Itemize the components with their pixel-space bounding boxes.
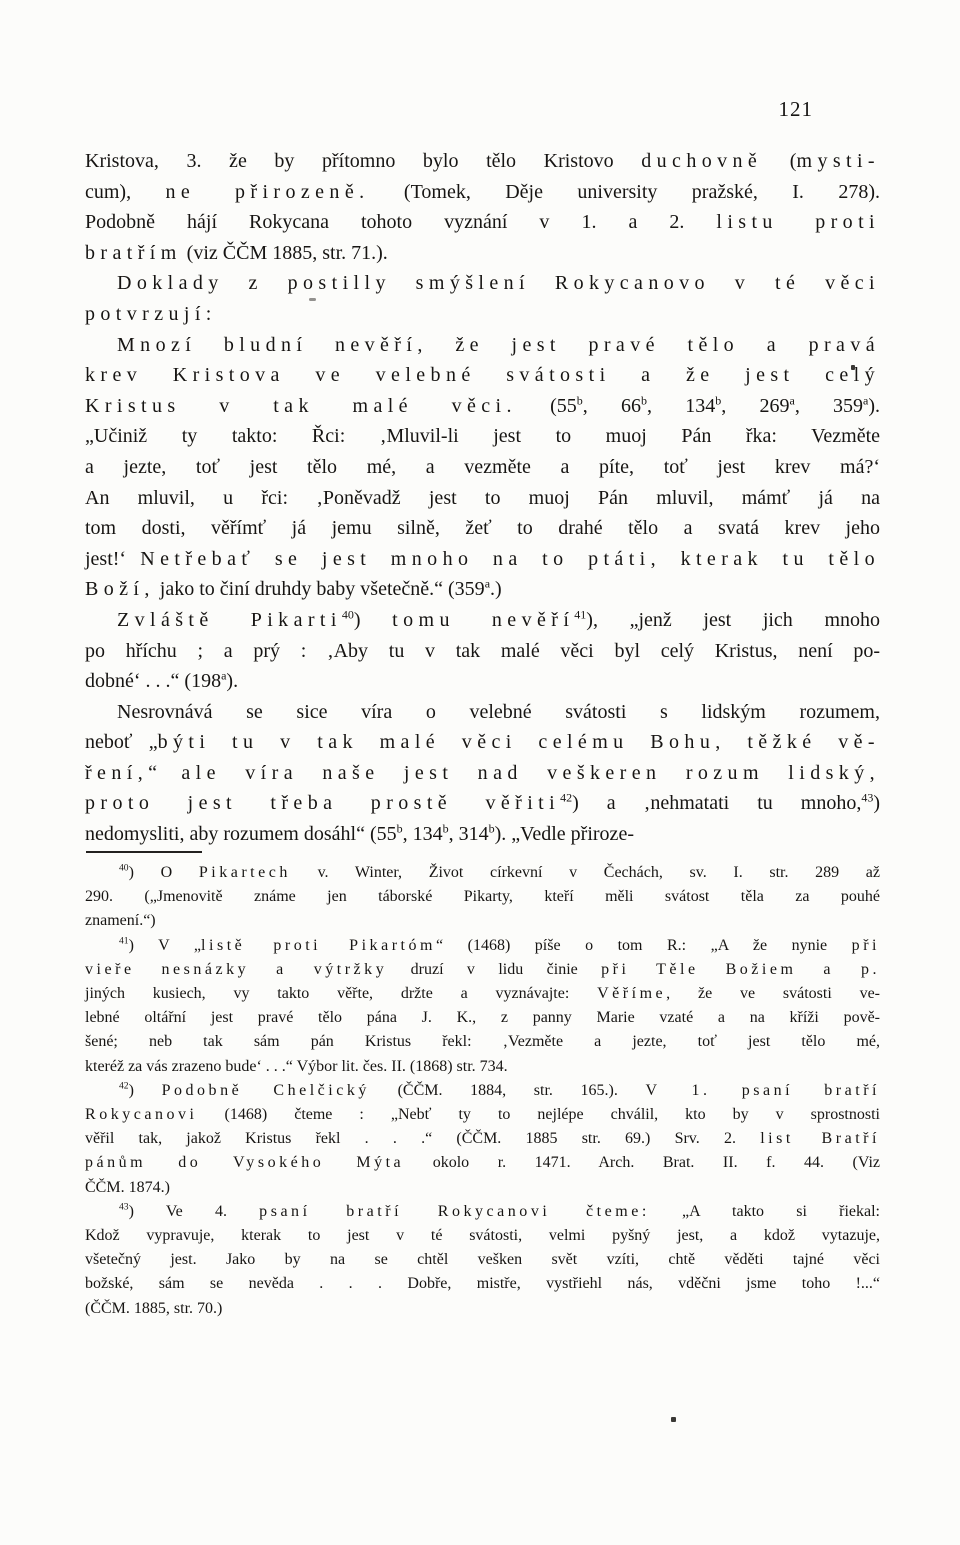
text-segment: ). xyxy=(226,670,238,692)
superscript-reference: 41 xyxy=(119,935,129,946)
text-segment: okolo r. 1471. Arch. Brat. II. f. 44. (V… xyxy=(404,1154,880,1171)
footnote-line: (ČČM. 1885, str. 70.) xyxy=(85,1297,880,1321)
body-line: bratřím (viz ČČM 1885, str. 71.). xyxy=(85,238,880,269)
text-segment: Věříme xyxy=(597,985,666,1002)
footnote-line: jiných kusiech, vy takto věřte, držte a … xyxy=(85,982,880,1006)
footnote-line: božské, sám se nevěda . . . Dobře, mistř… xyxy=(85,1272,880,1296)
paragraph: Kristova, 3. že by přítomno bylo tělo Kr… xyxy=(85,146,880,268)
text-segment: neboť „ xyxy=(85,731,158,753)
ink-speck xyxy=(851,365,855,370)
body-line: tom dosti, věřímť já jemu silně, žeť to … xyxy=(85,513,880,544)
paragraph: Mnozí bludní nevěří, že jest pravé tělo … xyxy=(85,330,880,605)
text-segment: ne přirozeně. xyxy=(166,181,370,203)
body-line: jest!‘ Netřebať se jest mnoho na to ptát… xyxy=(85,544,880,575)
text-segment: Zvláště Pikarti xyxy=(117,609,342,631)
text-segment: ) xyxy=(873,792,880,814)
paragraph: Doklady z postilly smýšlení Rokycanovo v… xyxy=(85,268,880,329)
text-segment: jiných kusiech, vy takto věřte, držte a … xyxy=(85,985,597,1002)
book-page: 121 Kristova, 3. že by přítomno bylo těl… xyxy=(0,0,960,1545)
text-segment: věřil tak, jakož Kristus řekl . . .“ (ČČ… xyxy=(85,1130,760,1147)
text-segment: ) Ve 4. xyxy=(129,1203,260,1220)
text-segment: Podobně Chelčický xyxy=(162,1082,370,1099)
footnote-line: 290. („Jmenovitě známe jen táborské Pika… xyxy=(85,885,880,909)
text-segment: Kristus v tak malé věci. xyxy=(85,395,517,417)
footnote-line: vieře nesnázky a výtržky druzí v lidu či… xyxy=(85,958,880,982)
body-line: Kristus v tak malé věci. (55b, 66b, 134b… xyxy=(85,391,880,422)
text-segment: krev Kristova ve velebné svátosti a že j… xyxy=(85,364,880,386)
text-segment: šené; neb tak sám pán Kristus řekl: ‚Vez… xyxy=(85,1033,880,1050)
body-line: nedomysliti, aby rozumem dosáhl“ (55b, 1… xyxy=(85,819,880,850)
text-segment: při xyxy=(852,937,880,954)
text-segment: tomu nevěří xyxy=(392,609,574,631)
text-segment: po hříchu ; a prý : ‚Aby tu v tak malé v… xyxy=(85,640,880,662)
body-line: dobné‘ . . .“ (198a). xyxy=(85,666,880,697)
text-segment: 290. („Jmenovitě známe jen táborské Pika… xyxy=(85,888,880,905)
body-line: Podobně hájí Rokycana tohoto vyznání v 1… xyxy=(85,207,880,238)
paragraph: 42) Podobně Chelčický (ČČM. 1884, str. 1… xyxy=(85,1079,880,1200)
text-segment: ), „jenž jest jich mnoho xyxy=(586,609,880,631)
body-line: cum), ne přirozeně. (Tomek, Děje univers… xyxy=(85,177,880,208)
body-line: a jezte, toť jest tělo mé, a vezměte a p… xyxy=(85,452,880,483)
text-segment: psaní bratří Rokycanovi čteme: xyxy=(259,1203,650,1220)
text-segment: ). „Vedle přiroze- xyxy=(495,823,634,845)
footnote-line: všetečný jest. Jako by na se chtěl veške… xyxy=(85,1248,880,1272)
body-line: An mluvil, u řci: ‚Poněvadž jest to muoj… xyxy=(85,483,880,514)
body-line: ření,“ ale víra naše jest nad veškeren r… xyxy=(85,758,880,789)
footnotes-block: 40) O Pikartech v. Winter, Život církevn… xyxy=(85,861,880,1321)
text-segment: při Těle Božiem a p. xyxy=(601,961,880,978)
body-line: po hříchu ; a prý : ‚Aby tu v tak malé v… xyxy=(85,636,880,667)
text-segment: a jezte, toť jest tělo mé, a vezměte a p… xyxy=(85,456,880,478)
text-segment xyxy=(162,762,181,784)
text-segment: cum), xyxy=(85,181,166,203)
text-segment: (ČČM. 1884, str. 165.). xyxy=(370,1082,646,1099)
body-line: proto jest třeba prostě věřiti42) a ‚neh… xyxy=(85,788,880,819)
text-segment: bratřím xyxy=(85,242,182,264)
paragraph: Zvláště Pikarti40) tomu nevěří41), „jenž… xyxy=(85,605,880,697)
footnote-line: 40) O Pikartech v. Winter, Život církevn… xyxy=(85,861,880,885)
text-segment: Rokycanovi xyxy=(85,1106,198,1123)
text-segment: (55 xyxy=(517,395,577,417)
text-segment: .) xyxy=(490,578,502,600)
paragraph: Nesrovnává se sice víra o velebné svátos… xyxy=(85,697,880,850)
text-segment: , 314 xyxy=(449,823,489,845)
text-segment: jako to činí druhdy baby všetečně.“ (359 xyxy=(155,578,485,600)
text-segment: ( xyxy=(762,150,796,172)
text-segment: duchovně xyxy=(641,150,762,172)
paragraph: 43) Ve 4. psaní bratří Rokycanovi čteme:… xyxy=(85,1200,880,1321)
footnote-line: lebné oltářní jest pravé tělo pána J. K.… xyxy=(85,1006,880,1030)
footnote-line: Rokycanovi (1468) čteme : „Nebť ty to ne… xyxy=(85,1103,880,1127)
footnote-separator xyxy=(86,851,202,853)
text-segment: listu proti xyxy=(716,211,880,233)
superscript-reference: 40 xyxy=(342,607,354,621)
ink-speck xyxy=(309,298,316,301)
text-segment: nedomysliti, aby rozumem dosáhl“ (55 xyxy=(85,823,397,845)
text-segment: list Bratří xyxy=(760,1130,880,1147)
body-text-block: Kristova, 3. že by přítomno bylo tělo Kr… xyxy=(85,146,880,850)
footnote-line: šené; neb tak sám pán Kristus řekl: ‚Vez… xyxy=(85,1030,880,1054)
footnote-line: 42) Podobně Chelčický (ČČM. 1884, str. 1… xyxy=(85,1079,880,1103)
text-segment: božské, sám se nevěda . . . Dobře, mistř… xyxy=(85,1275,880,1292)
text-segment: (Tomek, Děje university pražské, I. 278)… xyxy=(370,181,881,203)
body-line: potvrzují: xyxy=(85,299,880,330)
text-segment: Boží, xyxy=(85,578,155,600)
footnote-line: pánům do Vysokého Mýta okolo r. 1471. Ar… xyxy=(85,1151,880,1175)
text-segment: Nesrovnává se sice víra o velebné svátos… xyxy=(117,701,880,723)
text-segment: tom dosti, věřímť já jemu silně, žeť to … xyxy=(85,517,880,539)
text-segment: ření,“ xyxy=(85,762,162,784)
body-line: „Učiniž ty takto: Řci: ‚Mluvil-li jest t… xyxy=(85,421,880,452)
text-segment: Kristova, 3. že by přítomno bylo tělo Kr… xyxy=(85,150,641,172)
body-line: neboť „býti tu v tak malé věci celému Bo… xyxy=(85,727,880,758)
text-segment: (viz ČČM 1885, str. 71.). xyxy=(182,242,388,264)
text-segment: v. Winter, Život církevní v Čechách, sv.… xyxy=(291,864,880,881)
text-segment: pánům do Vysokého Mýta xyxy=(85,1154,404,1171)
text-segment: potvrzují: xyxy=(85,303,217,325)
text-segment: všetečný jest. Jako by na se chtěl veške… xyxy=(85,1251,880,1268)
text-segment: (ČČM. 1885, str. 70.) xyxy=(85,1300,222,1317)
text-segment: Pikartech xyxy=(199,864,291,881)
text-segment: mysti- xyxy=(796,150,880,172)
text-segment: (1468) čteme : „Nebť ty to nejlépe chvál… xyxy=(198,1106,880,1123)
text-segment: Doklady z postilly smýšlení Rokycanovo v… xyxy=(117,272,880,294)
text-segment: , 269 xyxy=(721,395,789,417)
body-line: Mnozí bludní nevěří, že jest pravé tělo … xyxy=(85,330,880,361)
text-segment: býti tu v tak malé věci celému Bohu, těž… xyxy=(158,731,880,753)
text-segment: ale víra naše jest nad veškeren rozum li… xyxy=(181,762,880,784)
body-line: Nesrovnává se sice víra o velebné svátos… xyxy=(85,697,880,728)
text-segment: ). xyxy=(868,395,880,417)
footnote-line: 41) V „listě proti Pikartóm“ (1468) píše… xyxy=(85,934,880,958)
text-segment: , 359 xyxy=(795,395,863,417)
text-segment: jest!‘ xyxy=(85,548,140,570)
text-segment: druzí v lidu činie xyxy=(387,961,601,978)
text-segment: , 134 xyxy=(403,823,443,845)
body-line: Boží, jako to činí druhdy baby všetečně.… xyxy=(85,574,880,605)
ink-speck xyxy=(671,1417,676,1422)
footnote-line: znamení.“) xyxy=(85,909,880,933)
text-segment: lebné oltářní jest pravé tělo pána J. K.… xyxy=(85,1009,880,1026)
text-segment: vieře nesnázky a výtržky xyxy=(85,961,387,978)
text-segment: ) xyxy=(354,609,392,631)
superscript-reference: 42 xyxy=(119,1081,129,1092)
body-line: Doklady z postilly smýšlení Rokycanovo v… xyxy=(85,268,880,299)
footnote-line: Kdož vypravuje, kterak to jest v té svát… xyxy=(85,1224,880,1248)
text-segment: V 1. psaní bratří xyxy=(646,1082,880,1099)
text-segment: znamení.“) xyxy=(85,912,156,929)
body-line: krev Kristova ve velebné svátosti a že j… xyxy=(85,360,880,391)
body-line: Kristova, 3. že by přítomno bylo tělo Kr… xyxy=(85,146,880,177)
paragraph: 40) O Pikartech v. Winter, Život církevn… xyxy=(85,861,880,934)
text-segment: proto jest třeba prostě věřiti xyxy=(85,792,560,814)
text-segment: “ (1468) píše o tom R.: „A že nynie xyxy=(436,937,852,954)
text-segment: ) xyxy=(129,1082,162,1099)
paragraph: 41) V „listě proti Pikartóm“ (1468) píše… xyxy=(85,934,880,1079)
footnote-line: 43) Ve 4. psaní bratří Rokycanovi čteme:… xyxy=(85,1200,880,1224)
text-segment: ČČM. 1874.) xyxy=(85,1179,170,1196)
superscript-reference: 42 xyxy=(560,791,572,805)
body-line: Zvláště Pikarti40) tomu nevěří41), „jenž… xyxy=(85,605,880,636)
text-segment: Mnozí bludní nevěří, že jest pravé tělo … xyxy=(117,334,880,356)
superscript-reference: 43 xyxy=(119,1202,129,1213)
superscript-reference: 40 xyxy=(119,863,129,874)
superscript-reference: 41 xyxy=(574,607,586,621)
footnote-line: věřil tak, jakož Kristus řekl . . .“ (ČČ… xyxy=(85,1127,880,1151)
text-segment: ) O xyxy=(129,864,199,881)
text-segment: „Učiniž ty takto: Řci: ‚Mluvil-li jest t… xyxy=(85,425,880,447)
text-segment: listě proti Pikartóm xyxy=(201,937,436,954)
text-segment: , 134 xyxy=(647,395,715,417)
text-segment: , 66 xyxy=(583,395,641,417)
text-segment: Podobně hájí Rokycana tohoto vyznání v 1… xyxy=(85,211,716,233)
text-segment: dobné‘ . . .“ (198 xyxy=(85,670,221,692)
footnote-line: ČČM. 1874.) xyxy=(85,1176,880,1200)
text-segment: , že ve svátosti ve- xyxy=(666,985,880,1002)
text-segment: An mluvil, u řci: ‚Poněvadž jest to muoj… xyxy=(85,487,880,509)
superscript-reference: 43 xyxy=(861,791,873,805)
text-segment: „A takto si řiekal: xyxy=(650,1203,880,1220)
text-segment: ) a ‚nehmatati tu mnoho, xyxy=(572,792,861,814)
footnote-line: kteréž za vás zrazeno bude‘ . . .“ Výbor… xyxy=(85,1055,880,1079)
text-segment: ) V „ xyxy=(129,937,201,954)
text-segment: Netřebať se jest mnoho na to ptáti, kter… xyxy=(140,548,880,570)
text-segment: kteréž za vás zrazeno bude‘ . . .“ Výbor… xyxy=(85,1058,508,1075)
page-number: 121 xyxy=(0,97,813,122)
text-segment: Kdož vypravuje, kterak to jest v té svát… xyxy=(85,1227,880,1244)
